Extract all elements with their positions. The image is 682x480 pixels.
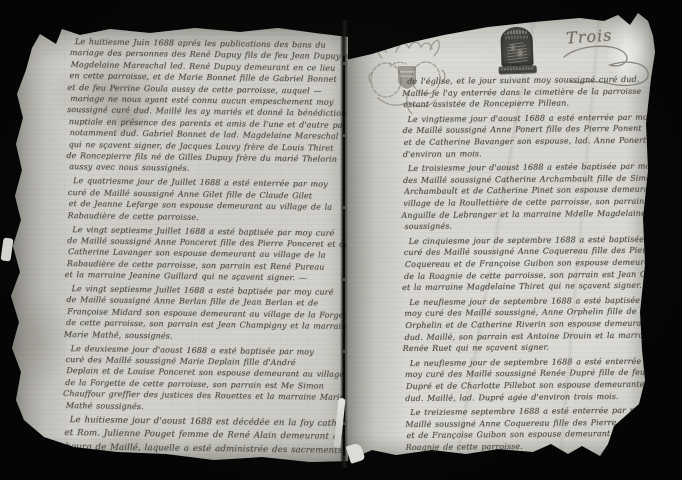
fiscal-stamp-base xyxy=(499,65,537,73)
left-page-text: Le huitiesme Juin 1688 aprés les publica… xyxy=(62,36,342,460)
manuscript-paragraph: Le neufiesme jour de septembre 1688 a es… xyxy=(403,355,659,404)
fiscal-stamp-figure xyxy=(507,41,528,64)
manuscript-line: et la marraine Jeanine Guillard qui ne s… xyxy=(65,269,339,284)
manuscript-line: et de Catherine Bavanger son espouse, la… xyxy=(404,135,657,149)
manuscript-paragraph: Le deuxiesme jour d'aoust 1688 a esté ba… xyxy=(63,343,338,415)
register-scan: Le huitiesme Juin 1688 aprés les publica… xyxy=(0,0,682,480)
manuscript-line: dud. Maillé, lad. Dupré agée d'environ t… xyxy=(405,390,659,404)
manuscript-line: soussignés. xyxy=(404,219,657,233)
manuscript-line: et la marraine Magdelaine Thiret qui ne … xyxy=(402,280,658,294)
fiscal-stamp-second-band xyxy=(506,36,528,40)
manuscript-line: d'environ un mois. xyxy=(403,146,657,160)
manuscript-line: et de Françoise Guibon son espouse demeu… xyxy=(406,428,659,442)
right-page: Trois de l'église, et le jour suivant mo… xyxy=(346,12,660,464)
manuscript-paragraph: Le neufiesme jour de septembre 1688 a es… xyxy=(402,294,659,355)
manuscript-paragraph: Le huitiesme Juin 1688 aprés les publica… xyxy=(66,36,342,177)
fiscal-stamp-top-band xyxy=(504,30,528,35)
manuscript-paragraph: Le treiziesme septembre 1688 a esté ente… xyxy=(403,405,659,454)
manuscript-line: Dupré et de Charlotte Pillebot son espou… xyxy=(406,379,659,393)
fiscal-stamp-body xyxy=(500,26,533,66)
manuscript-paragraph: Le vingt septiesme Juillet 1688 a esté b… xyxy=(65,223,340,284)
manuscript-paragraph: de l'église, et le jour suivant moy sous… xyxy=(400,74,656,112)
manuscript-line: Roagnie de cette parroisse. xyxy=(406,440,660,454)
manuscript-line: estant assistée de Roncepierre Pillean. xyxy=(403,97,656,111)
manuscript-paragraph: Le vingtiesme jour d'aoust 1688 a esté e… xyxy=(400,111,656,160)
torn-paper-sliver xyxy=(0,237,13,261)
manuscript-paragraph: Le cinquiesme jour de septembre 1688 a e… xyxy=(402,233,659,294)
manuscript-line: Renée Ruet qui ne sçavent signer. xyxy=(403,341,659,355)
fiscal-tax-stamp xyxy=(497,26,537,73)
right-page-text: de l'église, et le jour suivant moy sous… xyxy=(400,74,660,457)
left-page: Le huitiesme Juin 1688 aprés les publica… xyxy=(10,24,348,465)
manuscript-paragraph: Le troisiesme jour d'aoust 1688 a estée … xyxy=(401,160,658,233)
manuscript-paragraph: Le vingt septiesme Juillet 1688 a esté b… xyxy=(64,283,339,344)
manuscript-paragraph: Le huitiesme jour d'aoust 1688 est décéd… xyxy=(62,413,337,457)
manuscript-paragraph: Le quatriesme jour de Juillet 1688 a est… xyxy=(65,175,340,224)
